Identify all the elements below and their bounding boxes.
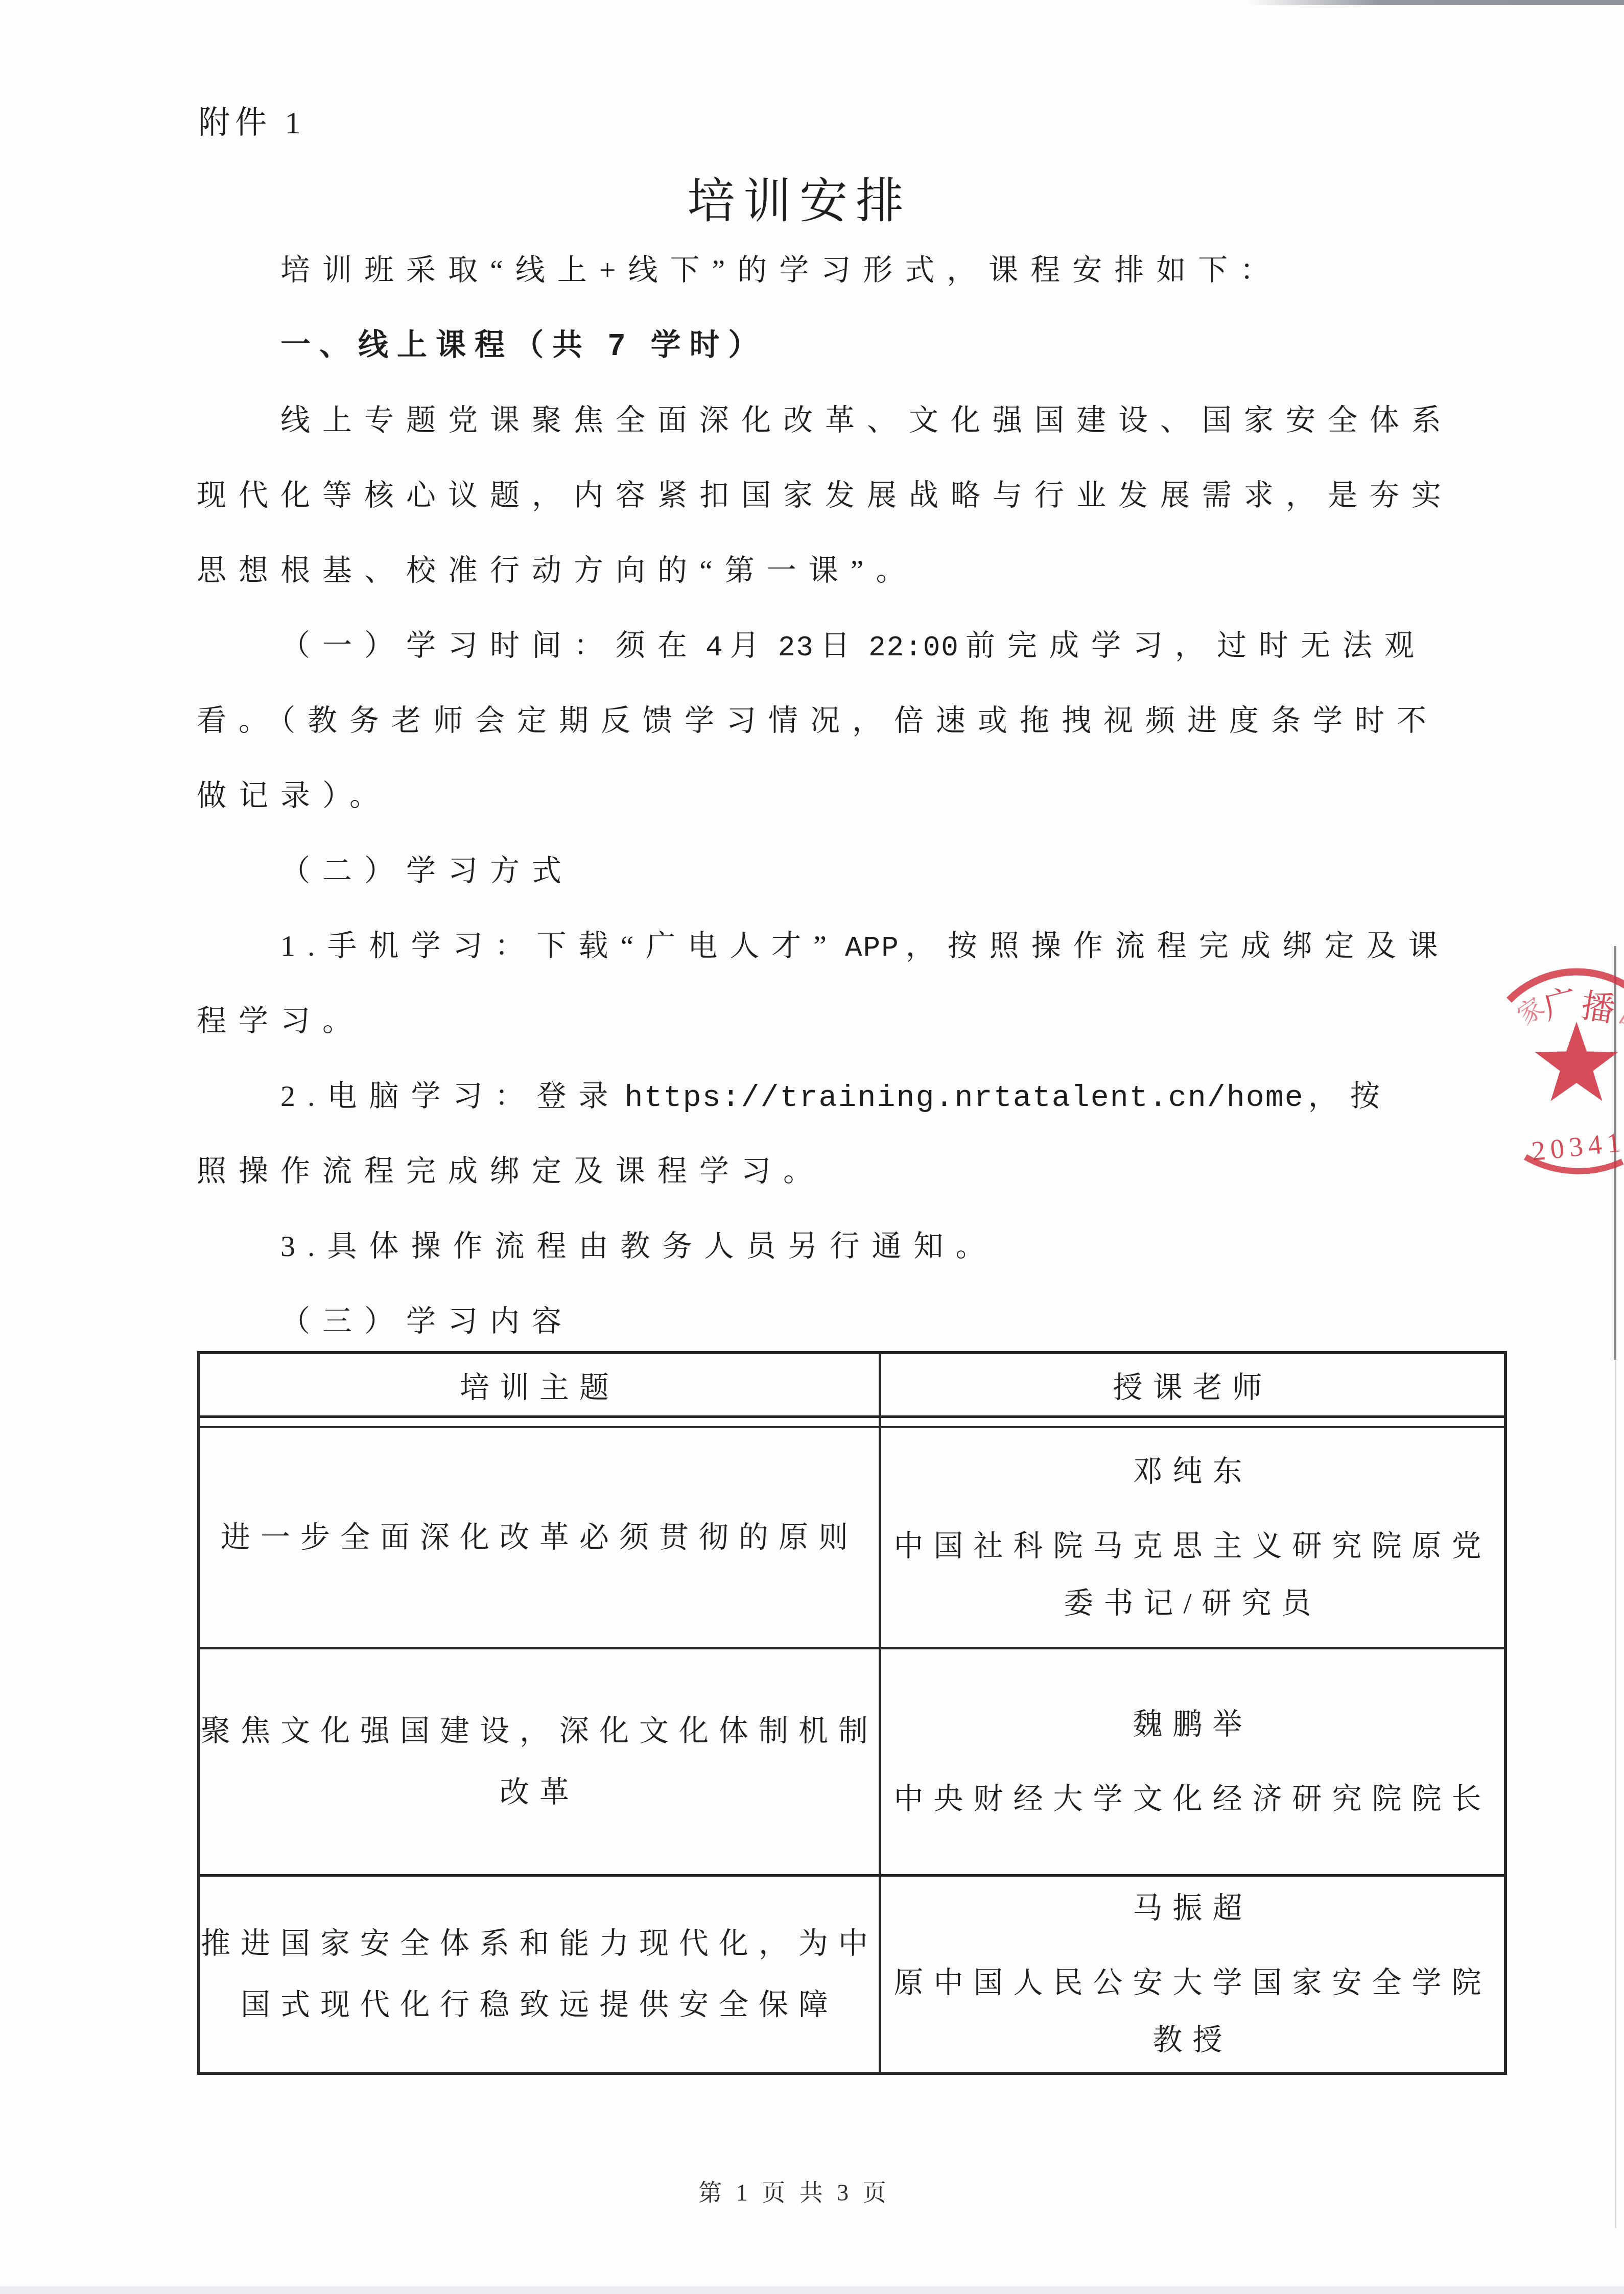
- page-title: 培训安排: [0, 162, 1599, 231]
- teacher-title-line: 中国社科院马克思主义研究院原党: [893, 1518, 1491, 1575]
- method-1-text: ，按照操作流程完成绑定及课: [906, 929, 1450, 962]
- seal-serial-number: 20341: [1530, 1126, 1624, 1167]
- para-line: 线上专题党课聚焦全面深化改革、文化强国建设、国家安全体系: [197, 383, 1458, 458]
- topic-cell: 聚焦文化强国建设，深化文化体制机制 改革: [200, 1649, 881, 1874]
- official-seal-stamp: 家 广 播 电 20341: [1474, 954, 1624, 1179]
- scan-edge-top-strip: [1246, 0, 1624, 5]
- section-1-heading: 一、线上课程（共 7 学时）: [197, 308, 1458, 383]
- study-time-line: 做记录）。: [197, 758, 1458, 833]
- topic-line: 国式现代化行稳致远提供安全保障: [241, 1974, 838, 2036]
- teacher-title-line: 委书记/研究员: [1064, 1575, 1321, 1632]
- method-1-line: 程学习。: [197, 983, 1458, 1058]
- table-row: 推进国家安全体系和能力现代化，为中 国式现代化行稳致远提供安全保障 马振超 原中…: [200, 1874, 1504, 2072]
- attachment-label: 附件 1: [198, 97, 306, 143]
- study-time-text: 前完成学习，过时无法观: [966, 629, 1426, 662]
- header-cell-topic: 培训主题: [200, 1354, 881, 1415]
- seal-arc-char-1: 广: [1540, 983, 1582, 1027]
- app-name: APP: [845, 932, 900, 964]
- topic-line: 推进国家安全体系和能力现代化，为中: [201, 1913, 878, 1974]
- topic-line: 改革: [500, 1762, 579, 1823]
- teacher-name: 马振超: [1133, 1880, 1252, 1937]
- teacher-title-line: 原中国人民公安大学国家安全学院: [893, 1954, 1491, 2012]
- method-2-text: 2.电脑学习：登录: [280, 1079, 621, 1113]
- date-month-value: 4: [705, 631, 724, 664]
- study-time-text: （一）学习时间：须在: [280, 629, 699, 662]
- header-cell-teacher: 授课老师: [881, 1354, 1504, 1415]
- teacher-cell: 马振超 原中国人民公安大学国家安全学院 教授: [881, 1877, 1504, 2072]
- teacher-title-line: 教授: [1152, 2012, 1232, 2069]
- deadline-time-value: 22:00: [868, 631, 959, 664]
- seal-star-icon: [1535, 1022, 1618, 1101]
- topic-line: 进一步全面深化改革必须贯彻的原则: [221, 1507, 858, 1568]
- study-time-line: 看。（教务老师会定期反馈学习情况，倍速或拖拽视频进度条学时不: [197, 683, 1458, 758]
- teacher-title-line: 中央财经大学文化经济研究院院长: [893, 1770, 1491, 1828]
- seal-arc-char-2: 播: [1579, 987, 1618, 1029]
- method-3-line: 3.具体操作流程由教务人员另行通知。: [197, 1209, 1458, 1284]
- method-1-line: 1.手机学习：下载“广电人才”APP，按照操作流程完成绑定及课: [197, 908, 1458, 983]
- table-row: 聚焦文化强国建设，深化文化体制机制 改革 魏鹏举 中央财经大学文化经济研究院院长: [200, 1647, 1504, 1874]
- para-line: 现代化等核心议题，内容紧扣国家发展战略与行业发展需求，是夯实: [197, 458, 1458, 533]
- scan-edge-right-line-faint: [1615, 1360, 1616, 2228]
- table-header-row: 培训主题 授课老师: [200, 1354, 1504, 1418]
- document-page: 附件 1 培训安排 培训班采取“线上+线下”的学习形式，课程安排如下： 一、线上…: [0, 0, 1624, 2294]
- teacher-name: 邓纯东: [1133, 1443, 1252, 1500]
- intro-line: 培训班采取“线上+线下”的学习形式，课程安排如下：: [197, 232, 1458, 308]
- study-time-text: 月: [730, 629, 772, 662]
- teacher-cell: 邓纯东 中国社科院马克思主义研究院原党 委书记/研究员: [881, 1428, 1504, 1647]
- topic-line: 聚焦文化强国建设，深化文化体制机制: [201, 1700, 878, 1762]
- method-2-line: 照操作流程完成绑定及课程学习。: [197, 1133, 1458, 1209]
- course-table: 培训主题 授课老师 进一步全面深化改革必须贯彻的原则 邓纯东 中国社科院马克思主…: [197, 1351, 1507, 2075]
- subsection-2-heading: （二）学习方式: [197, 833, 1458, 908]
- table-row: 进一步全面深化改革必须贯彻的原则 邓纯东 中国社科院马克思主义研究院原党 委书记…: [200, 1428, 1504, 1647]
- study-time-line: （一）学习时间：须在4月23日22:00前完成学习，过时无法观: [197, 608, 1458, 683]
- teacher-name: 魏鹏举: [1133, 1696, 1252, 1753]
- method-1-text: 1.手机学习：下载“广电人才”: [280, 929, 839, 962]
- topic-cell: 进一步全面深化改革必须贯彻的原则: [200, 1428, 881, 1647]
- date-day-value: 23: [778, 631, 814, 664]
- method-2-text: ，按: [1308, 1079, 1392, 1113]
- body-text: 培训班采取“线上+线下”的学习形式，课程安排如下： 一、线上课程（共 7 学时）…: [197, 232, 1458, 1359]
- study-time-text: 日: [820, 629, 862, 662]
- topic-cell: 推进国家安全体系和能力现代化，为中 国式现代化行稳致远提供安全保障: [200, 1877, 881, 2072]
- teacher-cell: 魏鹏举 中央财经大学文化经济研究院院长: [881, 1649, 1504, 1874]
- page-number-footer: 第 1 页 共 3 页: [0, 2174, 1589, 2208]
- scan-edge-bottom-strip: [0, 2286, 1624, 2294]
- training-url: https://training.nrtatalent.cn/home: [625, 1081, 1304, 1116]
- subsection-3-heading: （三）学习内容: [197, 1284, 1458, 1359]
- para-line: 思想根基、校准行动方向的“第一课”。: [197, 533, 1458, 608]
- method-2-line: 2.电脑学习：登录https://training.nrtatalent.cn/…: [197, 1058, 1458, 1133]
- header-double-rule: [200, 1418, 1504, 1428]
